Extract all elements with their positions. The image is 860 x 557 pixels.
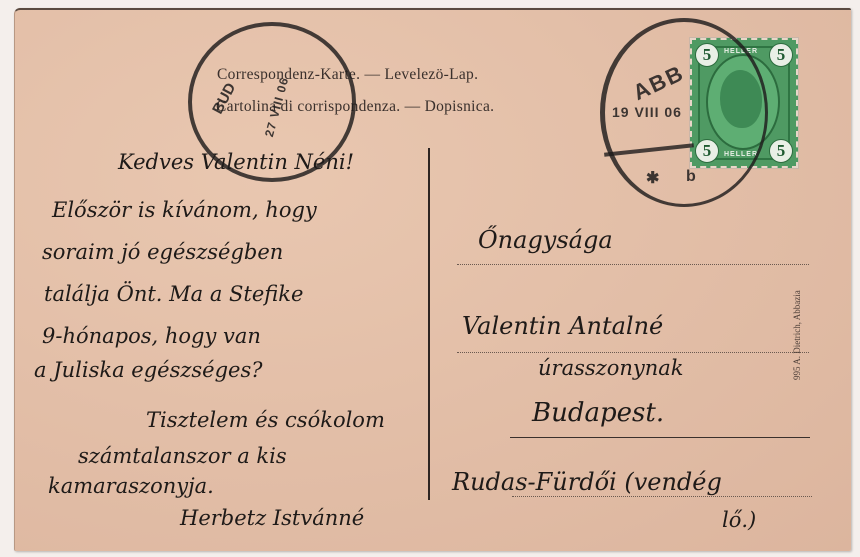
message-signature: Herbetz Istvánné [180, 506, 364, 530]
address-line-city: Budapest. [532, 398, 664, 428]
message-line: a Juliska egészséges? [34, 358, 263, 382]
message-line: kamaraszonyja. [48, 474, 214, 498]
postmark-date: 19 VIII 06 [612, 104, 682, 120]
address-line-title: úrasszonynak [538, 356, 684, 380]
message-line: Először is kívánom, hogy [52, 198, 317, 222]
message-line: Tisztelem és csókolom [146, 408, 385, 432]
message-line: találja Önt. Ma a Stefike [44, 282, 303, 306]
address-line-honorific: Őnagysága [478, 226, 613, 254]
address-dotted-line [457, 352, 809, 353]
postmark-letter: b [686, 168, 696, 186]
address-dotted-line [457, 264, 809, 265]
address-city-underline [510, 437, 810, 438]
message-line: 9-hónapos, hogy van [42, 324, 261, 348]
stamp-value: 5 [769, 43, 793, 67]
postmark-star-icon: ✱ [646, 168, 659, 188]
printer-imprint: 995 A. Dietrich, Abbazia [792, 290, 802, 380]
address-line-street: Rudas-Fürdői (vendég [452, 468, 722, 496]
address-dotted-line [512, 496, 812, 497]
message-line: számtalanszor a kis [78, 444, 287, 468]
stamp-value: 5 [769, 139, 793, 163]
address-line-number: lő.) [722, 508, 756, 532]
message-line: soraim jó egészségben [42, 240, 283, 264]
address-line-name: Valentin Antalné [462, 312, 663, 340]
message-address-divider [428, 148, 430, 500]
